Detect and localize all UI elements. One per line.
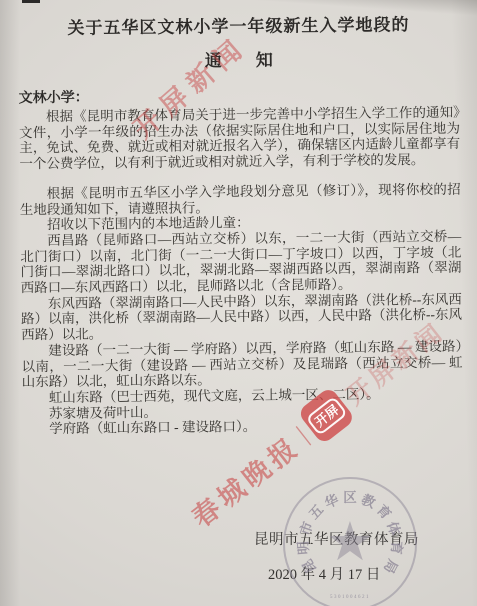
scan-artifact-bar — [22, 0, 40, 3]
photo-document: 关于五华区文林小学一年级新生入学地段的 通 知 文林小学： 根据《昆明市教育体育… — [0, 0, 477, 606]
seal-serial-number: 5301004621 — [285, 595, 415, 600]
signature-date: 2020 年 4 月 17 日 — [268, 563, 380, 584]
document-paragraph: 东风西路（翠湖南路口—人民中路）以东，翠湖南路（洪化桥--东风西路）以南，洪化桥… — [21, 291, 462, 343]
page-title: 关于五华区文林小学一年级新生入学地段的 — [18, 10, 459, 40]
document-paragraph: 学府路（虹山东路口 - 建设路口）。 — [22, 417, 463, 437]
document-paragraph: 建设路（一二一大街 — 学府路）以西，学府路（虹山东路 — 建设路）以南，一二一… — [21, 339, 462, 391]
document-paragraph: 根据《昆明市五华区小学入学地段划分意见（修订）》，现将你校的招生地段通知如下，请… — [20, 182, 461, 218]
signature-org: 昆明市五华区教育体育局 — [254, 528, 419, 549]
notice-title: 通 知 — [18, 44, 459, 74]
document-paragraph: 根据《昆明市教育体育局关于进一步完善中小学招生入学工作的通知》文件，小学一年级的… — [19, 105, 461, 172]
watermark-brand-text: 春城晚报 — [182, 425, 307, 535]
salutation: 文林小学： — [19, 83, 460, 108]
document-paragraph: 西昌路（昆师路口—西站立交桥）以东，一二一大街（西站立交桥—北门街口）以南，北门… — [20, 229, 462, 296]
notice-body: 关于五华区文林小学一年级新生入学地段的 通 知 文林小学： 根据《昆明市教育体育… — [18, 4, 463, 438]
